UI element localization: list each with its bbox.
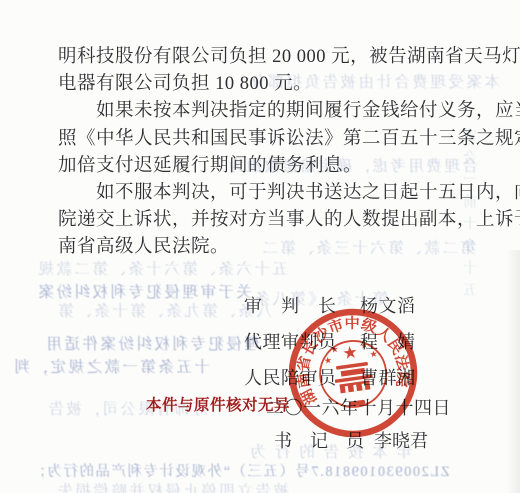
emblem-big-star-icon: ★ bbox=[341, 342, 359, 363]
judgment-line: 明科技股份有限公司负担 20 000 元，被告湖南省天马灯饰 bbox=[58, 44, 520, 71]
court-seal: 湖南省长沙市中级人民法院 ★ ★ ★ ★ ★ bbox=[286, 306, 420, 440]
copy-verification-stamp: 本件与原件核对无异 bbox=[146, 393, 290, 415]
bleedthrough-ghost-line: 八条、第九条、第十条、第 bbox=[56, 299, 272, 321]
emblem-small-star-icon: ★ bbox=[323, 355, 332, 366]
bleedthrough-ghost-line: 理侵犯专利权纠纷案件适用 bbox=[44, 332, 260, 354]
judgment-line: 加倍支付迟延履行期间的债务利息。 bbox=[58, 153, 520, 180]
emblem-small-star-icon: ★ bbox=[330, 344, 339, 355]
judgment-body: 明科技股份有限公司负担 20 000 元，被告湖南省天马灯饰 电器有限公司负担 … bbox=[58, 44, 520, 262]
scan-edge-shadow bbox=[506, 250, 520, 493]
bleedthrough-ghost-line: ZL200930109818.7号（五三）“外观设计专利产品的行为； bbox=[30, 460, 450, 481]
emblem-small-star-icon: ★ bbox=[369, 348, 378, 359]
judgment-line: 南省高级人民法院。 bbox=[58, 234, 520, 261]
judgment-line: 如果未按本判决指定的期间履行金钱给付义务，应当依 bbox=[58, 98, 520, 125]
court-judgment-scanned-page: 本案受理费合计由被告负担部分 合理费用考虑，确定赔偿数额为 第二款、第六十三条、… bbox=[0, 0, 520, 493]
judgment-line: 如不服本判决，可于判决书送达之日起十五日内，向本 bbox=[58, 180, 520, 207]
judgment-line: 照《中华人民共和国民事诉讼法》第二百五十三条之规定， bbox=[58, 126, 520, 153]
emblem-tiananmen-silhouette bbox=[333, 361, 376, 408]
judgment-line: 电器有限公司负担 10 800 元。 bbox=[58, 71, 520, 98]
bleedthrough-ghost-line: 被告立即停止侵权并赔偿损失 bbox=[55, 479, 289, 493]
emblem-small-star-icon: ★ bbox=[360, 340, 369, 351]
national-emblem-icon: ★ ★ ★ ★ ★ bbox=[316, 337, 391, 412]
judgment-line: 院递交上诉状，并按对方当事人的人数提出副本，上诉于湖 bbox=[58, 207, 520, 234]
bleedthrough-ghost-line: 十五条第一款之规定，判 bbox=[12, 355, 210, 377]
